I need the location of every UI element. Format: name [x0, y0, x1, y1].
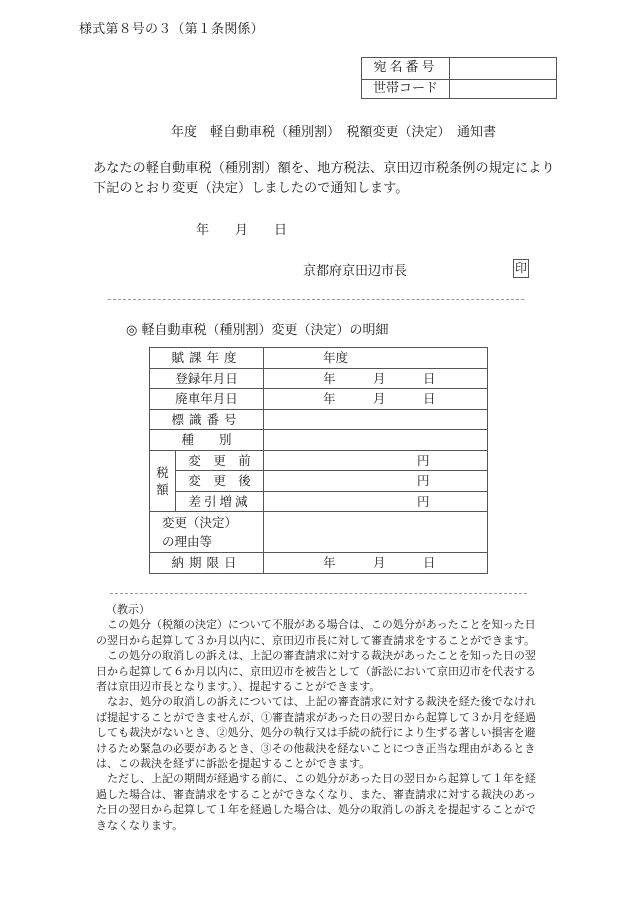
category-label: 種 別: [150, 430, 264, 451]
table-row: 標識番号: [150, 409, 488, 430]
separator-top: [108, 299, 524, 300]
before-change-label: 変 更 前: [176, 450, 264, 471]
table-row: 変更（決定） の理由等: [150, 512, 488, 553]
yen-unit: 円: [417, 451, 430, 470]
reason-value[interactable]: [264, 512, 488, 553]
fiscal-year-value[interactable]: 年度: [264, 348, 488, 369]
recipient-number-row: 宛名番号: [362, 58, 556, 80]
reason-label-line1: 変更（決定）: [162, 513, 263, 532]
deregistration-date-value[interactable]: 年 月 日: [264, 389, 488, 410]
separator-bottom: [110, 593, 527, 594]
deregistration-date-label: 廃車年月日: [150, 389, 264, 410]
issuer-name: 京都府京田辺市長: [303, 260, 407, 279]
form-number: 様式第８号の３（第１条関係）: [79, 18, 264, 37]
appeal-notice: （教示） この処分（税額の決定）について不服がある場合は、この処分があったことを…: [96, 602, 536, 833]
deregistration-date-text: 年 月 日: [323, 389, 436, 408]
household-code-field[interactable]: [450, 79, 556, 99]
table-row: 登録年月日 年 月 日: [150, 368, 488, 389]
notice-paragraph: なお、処分の取消しの訴えについては、上記の審査請求に対する裁決を経た後でなければ…: [96, 694, 536, 771]
notice-paragraph: この処分（税額の決定）について不服がある場合は、この処分があったことを知った日の…: [96, 617, 536, 648]
household-code-label: 世帯コード: [362, 79, 450, 99]
recipient-id-box: 宛名番号 世帯コード: [361, 57, 557, 99]
table-row: 廃車年月日 年 月 日: [150, 389, 488, 410]
reason-label-line2: の理由等: [162, 532, 263, 551]
yen-unit: 円: [417, 492, 430, 511]
registration-date-text: 年 月 日: [323, 369, 436, 388]
due-date-label: 納期限日: [150, 553, 264, 574]
fiscal-year-text: 年度: [323, 348, 348, 367]
plate-number-label: 標識番号: [150, 409, 264, 430]
table-row: 種 別: [150, 430, 488, 451]
recipient-number-label: 宛名番号: [362, 58, 450, 79]
difference-value[interactable]: 円: [264, 491, 488, 512]
after-change-value[interactable]: 円: [264, 471, 488, 492]
registration-date-value[interactable]: 年 月 日: [264, 368, 488, 389]
notice-title: （教示）: [106, 602, 536, 617]
due-date-value[interactable]: 年 月 日: [264, 553, 488, 574]
tax-detail-table: 賦課年度 年度 登録年月日 年 月 日 廃車年月日 年 月 日 標識番号 種 別…: [149, 347, 488, 574]
intro-text: あなたの軽自動車税（種別割）額を、地方税法、京田辺市税条例の規定により下記のとお…: [93, 159, 563, 199]
table-row: 税額 変 更 前 円: [150, 450, 488, 471]
tax-amount-label-text: 税額: [156, 464, 169, 498]
table-row: 納期限日 年 月 日: [150, 553, 488, 574]
reason-label: 変更（決定） の理由等: [150, 512, 264, 553]
plate-number-value[interactable]: [264, 409, 488, 430]
notice-paragraph: この処分の取消しの訴えは、上記の審査請求に対する裁決があったことを知った日の翌日…: [96, 648, 536, 694]
notice-paragraph: ただし、上記の期間が経過する前に、この処分があった日の翌日から起算して１年を経過…: [96, 771, 536, 833]
yen-unit: 円: [417, 471, 430, 490]
document-title: 年度 軽自動車税（種別割） 税額変更（決定） 通知書: [171, 121, 496, 140]
difference-label: 差引増減: [176, 491, 264, 512]
table-row: 差引増減 円: [150, 491, 488, 512]
table-row: 変 更 後 円: [150, 471, 488, 492]
table-row: 賦課年度 年度: [150, 348, 488, 369]
tax-amount-group-label: 税額: [150, 450, 176, 512]
category-value[interactable]: [264, 430, 488, 451]
fiscal-year-label: 賦課年度: [150, 348, 264, 369]
section-heading: ◎ 軽自動車税（種別割）変更（決定）の明細: [126, 319, 388, 338]
recipient-number-field[interactable]: [450, 58, 556, 79]
household-code-row: 世帯コード: [362, 79, 556, 99]
seal-mark: 印: [513, 259, 529, 278]
registration-date-label: 登録年月日: [150, 368, 264, 389]
issue-date: 年 月 日: [196, 219, 287, 238]
due-date-text: 年 月 日: [323, 553, 436, 572]
before-change-value[interactable]: 円: [264, 450, 488, 471]
after-change-label: 変 更 後: [176, 471, 264, 492]
